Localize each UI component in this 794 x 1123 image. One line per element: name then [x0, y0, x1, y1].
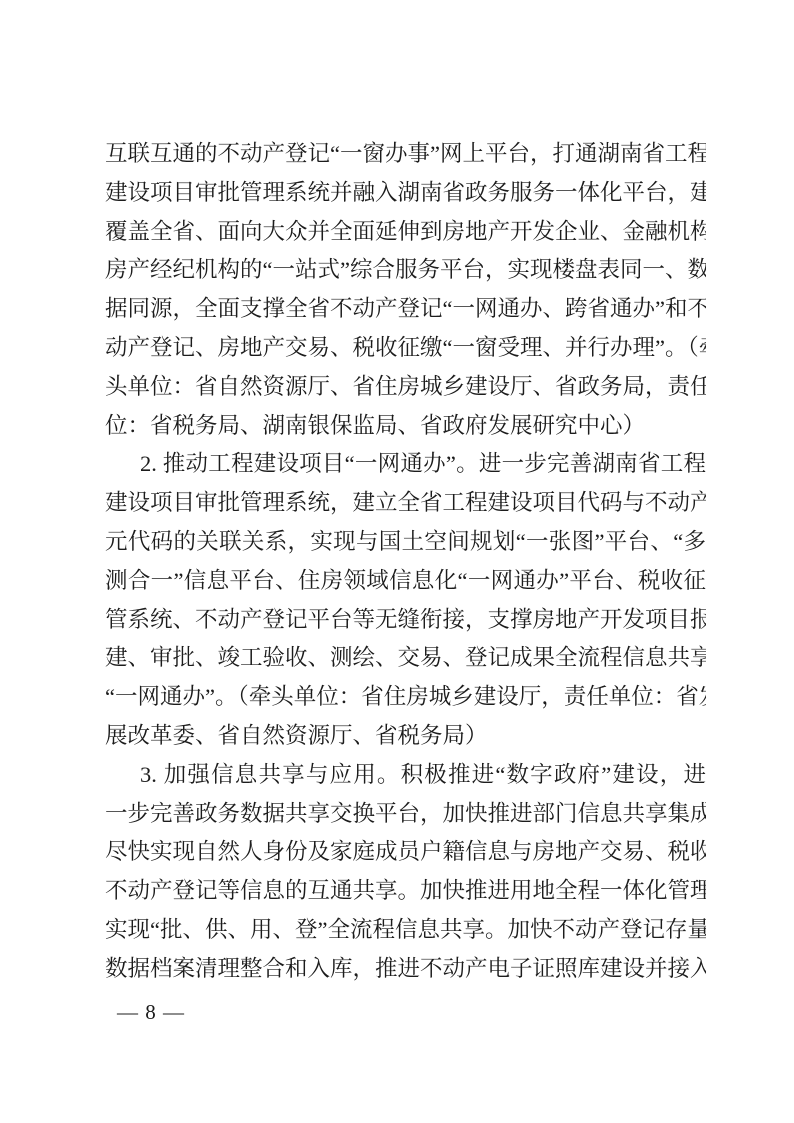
text-line: 头单位：省自然资源厅、省住房城乡建设厅、省政务局，责任单: [105, 368, 706, 407]
text-line: 数据档案清理整合和入库，推进不动产电子证照库建设并接入省: [105, 950, 706, 989]
text-line: 位：省税务局、湖南银保监局、省政府发展研究中心）: [105, 407, 706, 446]
page-footer: — 8 —: [117, 997, 185, 1027]
document-page: 互联互通的不动产登记“一窗办事”网上平台，打通湖南省工程 建设项目审批管理系统并…: [0, 0, 794, 1123]
text-line: 建设项目审批管理系统，建立全省工程建设项目代码与不动产单: [105, 484, 706, 523]
text-line: “一网通办”。（牵头单位：省住房城乡建设厅，责任单位：省发: [105, 678, 706, 717]
text-line: 2. 推动工程建设项目“一网通办”。进一步完善湖南省工程: [105, 445, 706, 484]
paragraph-continuation: 互联互通的不动产登记“一窗办事”网上平台，打通湖南省工程 建设项目审批管理系统并…: [105, 135, 706, 445]
text-line: 覆盖全省、面向大众并全面延伸到房地产开发企业、金融机构、: [105, 213, 706, 252]
paragraph-item-3: 3. 加强信息共享与应用。积极推进“数字政府”建设，进 一步完善政务数据共享交换…: [105, 756, 706, 989]
paragraph-item-2: 2. 推动工程建设项目“一网通办”。进一步完善湖南省工程 建设项目审批管理系统，…: [105, 445, 706, 755]
text-line: 据同源，全面支撑全省不动产登记“一网通办、跨省通办”和不: [105, 290, 706, 329]
text-line: 实现“批、供、用、登”全流程信息共享。加快不动产登记存量: [105, 911, 706, 950]
text-line: 建、审批、竣工验收、测绘、交易、登记成果全流程信息共享和: [105, 639, 706, 678]
text-line: 动产登记、房地产交易、税收征缴“一窗受理、并行办理”。（牵: [105, 329, 706, 368]
document-body: 互联互通的不动产登记“一窗办事”网上平台，打通湖南省工程 建设项目审批管理系统并…: [105, 135, 706, 989]
page-number: — 8 —: [117, 1000, 185, 1024]
text-line: 元代码的关联关系，实现与国土空间规划“一张图”平台、“多: [105, 523, 706, 562]
text-line: 建设项目审批管理系统并融入湖南省政务服务一体化平台，建成: [105, 174, 706, 213]
text-line: 尽快实现自然人身份及家庭成员户籍信息与房地产交易、税收、: [105, 833, 706, 872]
text-line: 互联互通的不动产登记“一窗办事”网上平台，打通湖南省工程: [105, 135, 706, 174]
text-line: 展改革委、省自然资源厅、省税务局）: [105, 717, 706, 756]
text-line: 一步完善政务数据共享交换平台，加快推进部门信息共享集成，: [105, 795, 706, 834]
text-line: 不动产登记等信息的互通共享。加快推进用地全程一体化管理，: [105, 872, 706, 911]
text-line: 测合一”信息平台、住房领域信息化“一网通办”平台、税收征: [105, 562, 706, 601]
text-line: 管系统、不动产登记平台等无缝衔接，支撑房地产开发项目报: [105, 601, 706, 640]
text-line: 房产经纪机构的“一站式”综合服务平台，实现楼盘表同一、数: [105, 251, 706, 290]
text-line: 3. 加强信息共享与应用。积极推进“数字政府”建设，进: [105, 756, 706, 795]
